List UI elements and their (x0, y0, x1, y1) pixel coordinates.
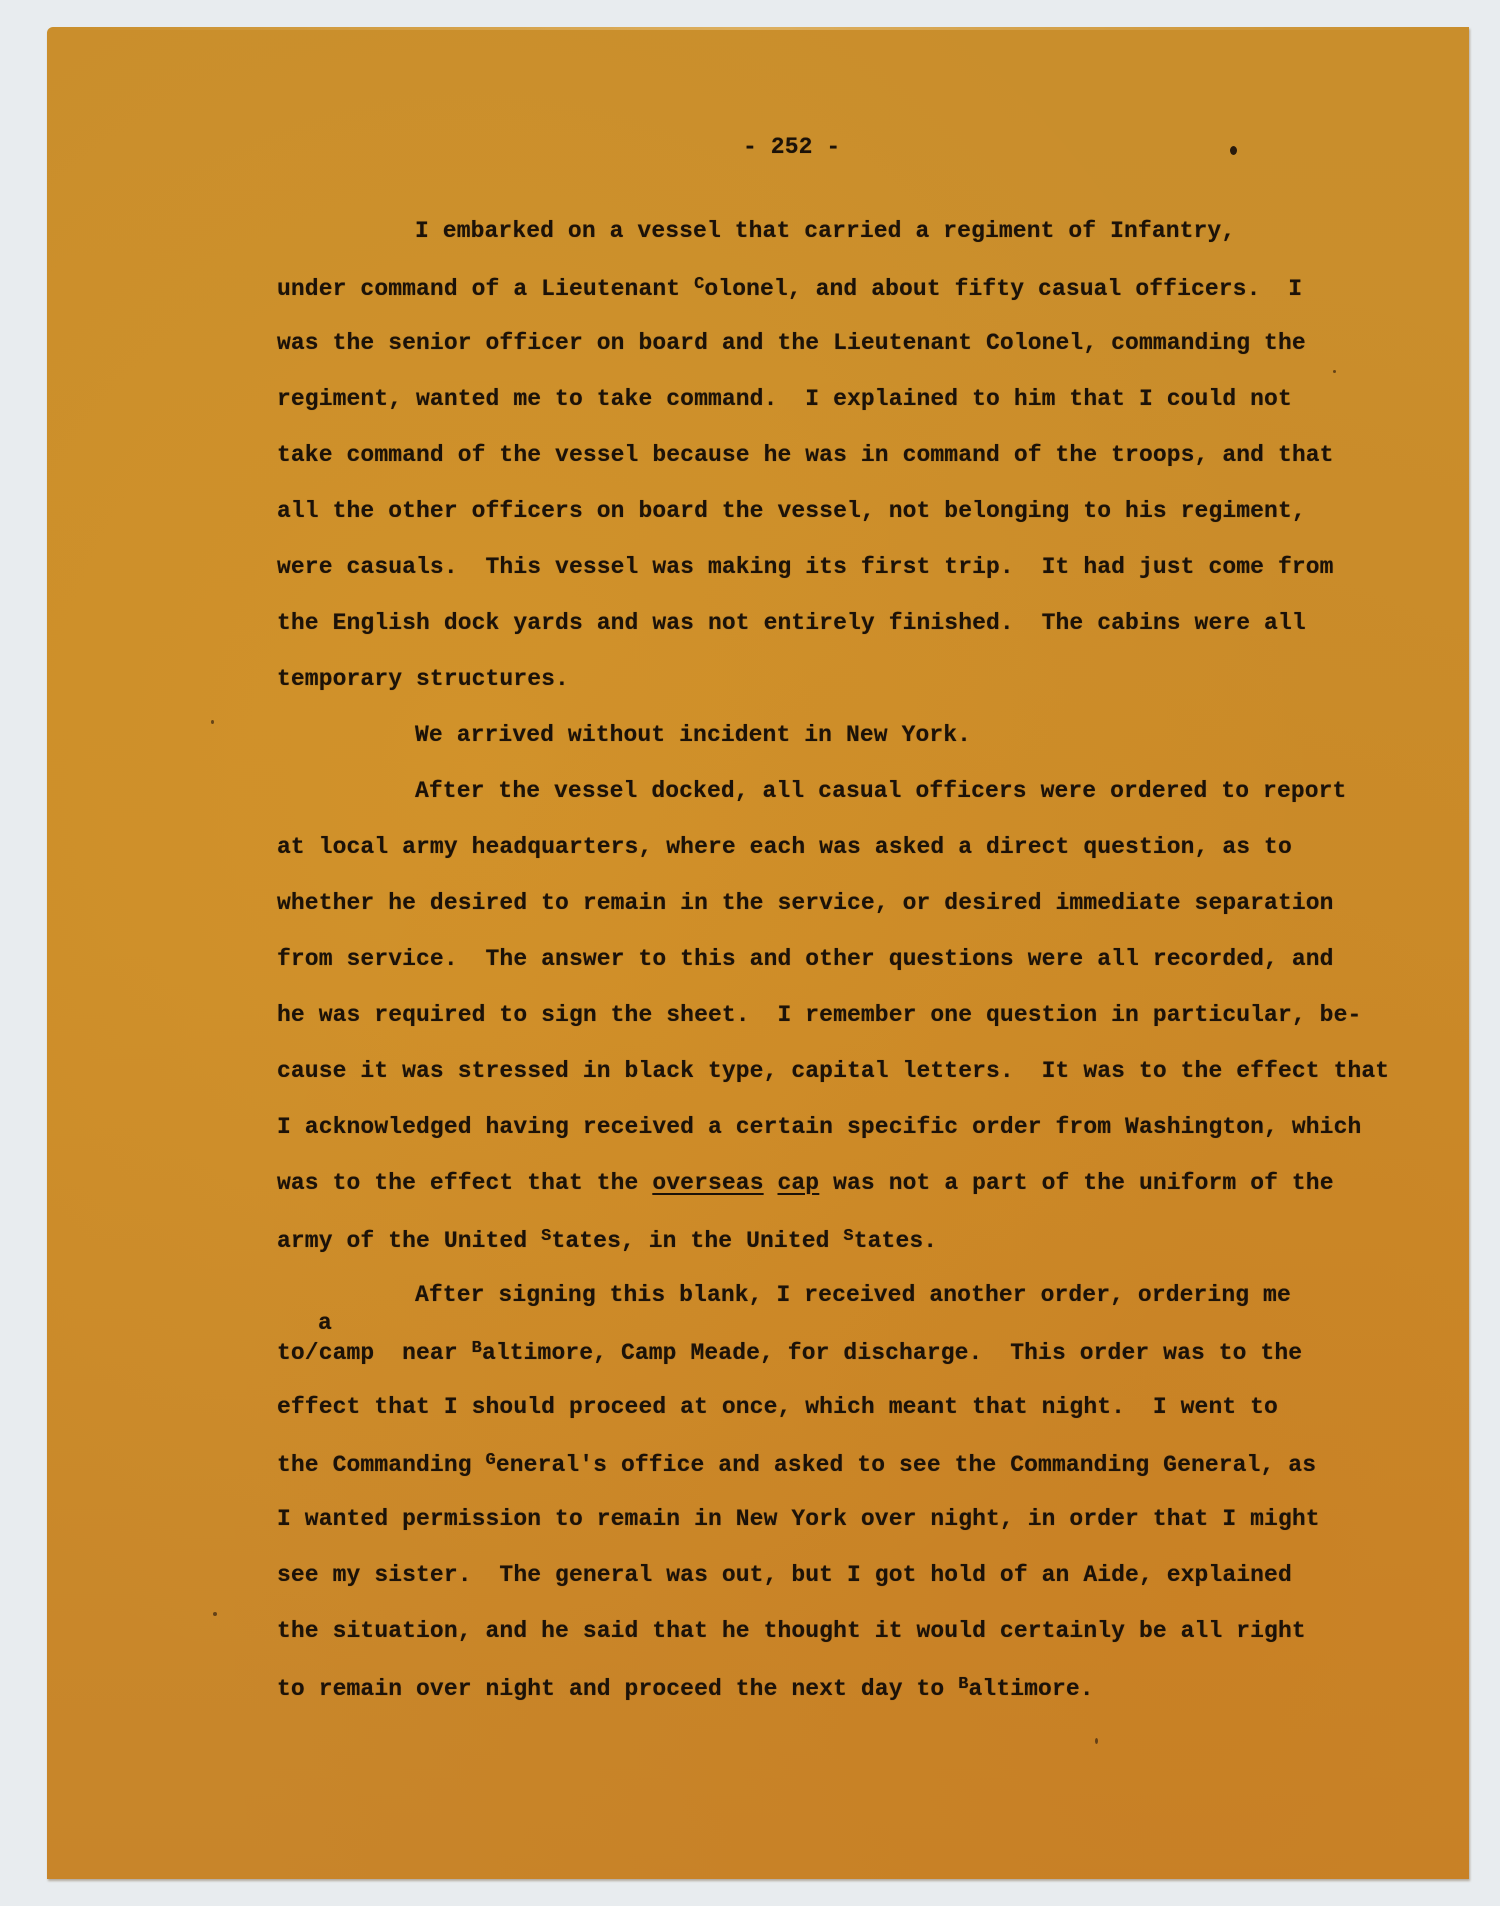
text-segment: to remain over night and proceed the nex… (277, 1676, 958, 1702)
text-segment: eneral's office and asked to see the Com… (496, 1452, 1316, 1478)
text-line-10: We arrived without incident in New York. (415, 724, 971, 747)
text-segment (764, 1170, 778, 1196)
text-segment: tates. (854, 1228, 937, 1254)
ink-dot-mark (1230, 146, 1237, 155)
text-line-4: regiment, wanted me to take command. I e… (277, 388, 1292, 411)
text-line-14: from service. The answer to this and oth… (277, 948, 1334, 971)
underlined-word-overseas: overseas (652, 1170, 763, 1196)
text-line-9: temporary structures. (277, 668, 569, 691)
text-line-20: After signing this blank, I received ano… (415, 1284, 1291, 1307)
raised-capital: B (958, 1675, 968, 1694)
text-line-19: army of the United States, in the United… (277, 1228, 937, 1253)
inserted-word-above: a (318, 1312, 332, 1335)
text-segment: to/camp near (277, 1340, 472, 1366)
text-segment: was not a part of the uniform of the (819, 1170, 1333, 1196)
text-line-5: take command of the vessel because he wa… (277, 444, 1334, 467)
text-segment: olonel, and about fifty casual officers.… (704, 276, 1302, 302)
text-line-22: effect that I should proceed at once, wh… (277, 1396, 1278, 1419)
page-number: - 252 - (743, 136, 840, 159)
text-line-21: to/camp near Baltimore, Camp Meade, for … (277, 1340, 1302, 1365)
text-segment: tates, in the United (551, 1228, 843, 1254)
text-line-12: at local army headquarters, where each w… (277, 836, 1292, 859)
raised-capital: B (472, 1339, 482, 1358)
text-segment: under command of a Lieutenant (277, 276, 694, 302)
raised-capital: S (541, 1227, 551, 1246)
text-line-24: I wanted permission to remain in New Yor… (277, 1508, 1320, 1531)
paper-speck (211, 720, 214, 724)
text-line-6: all the other officers on board the vess… (277, 500, 1306, 523)
text-line-15: he was required to sign the sheet. I rem… (277, 1004, 1361, 1027)
text-line-11: After the vessel docked, all casual offi… (415, 780, 1346, 803)
text-line-18: was to the effect that the overseas cap … (277, 1172, 1334, 1195)
text-line-26: the situation, and he said that he thoug… (277, 1620, 1306, 1643)
text-segment: army of the United (277, 1228, 541, 1254)
text-segment: altimore, Camp Meade, for discharge. Thi… (482, 1340, 1302, 1366)
text-line-27: to remain over night and proceed the nex… (277, 1676, 1094, 1701)
raised-capital: G (486, 1451, 496, 1470)
text-line-17: I acknowledged having received a certain… (277, 1116, 1361, 1139)
raised-capital: S (843, 1227, 853, 1246)
text-line-3: was the senior officer on board and the … (277, 332, 1306, 355)
text-segment: altimore. (969, 1676, 1094, 1702)
text-line-13: whether he desired to remain in the serv… (277, 892, 1334, 915)
text-line-16: cause it was stressed in black type, cap… (277, 1060, 1389, 1083)
paper-fold-highlight (47, 27, 1469, 30)
text-segment: was to the effect that the (277, 1170, 652, 1196)
text-line-1: I embarked on a vessel that carried a re… (415, 220, 1235, 243)
text-line-8: the English dock yards and was not entir… (277, 612, 1306, 635)
underlined-word-cap: cap (778, 1170, 820, 1196)
text-segment: the Commanding (277, 1452, 486, 1478)
paper-speck (213, 1612, 217, 1616)
text-line-2: under command of a Lieutenant Colonel, a… (277, 276, 1302, 301)
text-line-7: were casuals. This vessel was making its… (277, 556, 1334, 579)
paper-speck (1333, 370, 1336, 373)
paper-speck (1095, 1738, 1098, 1744)
raised-capital: C (694, 275, 704, 294)
text-line-23: the Commanding General's office and aske… (277, 1452, 1316, 1477)
text-line-25: see my sister. The general was out, but … (277, 1564, 1292, 1587)
